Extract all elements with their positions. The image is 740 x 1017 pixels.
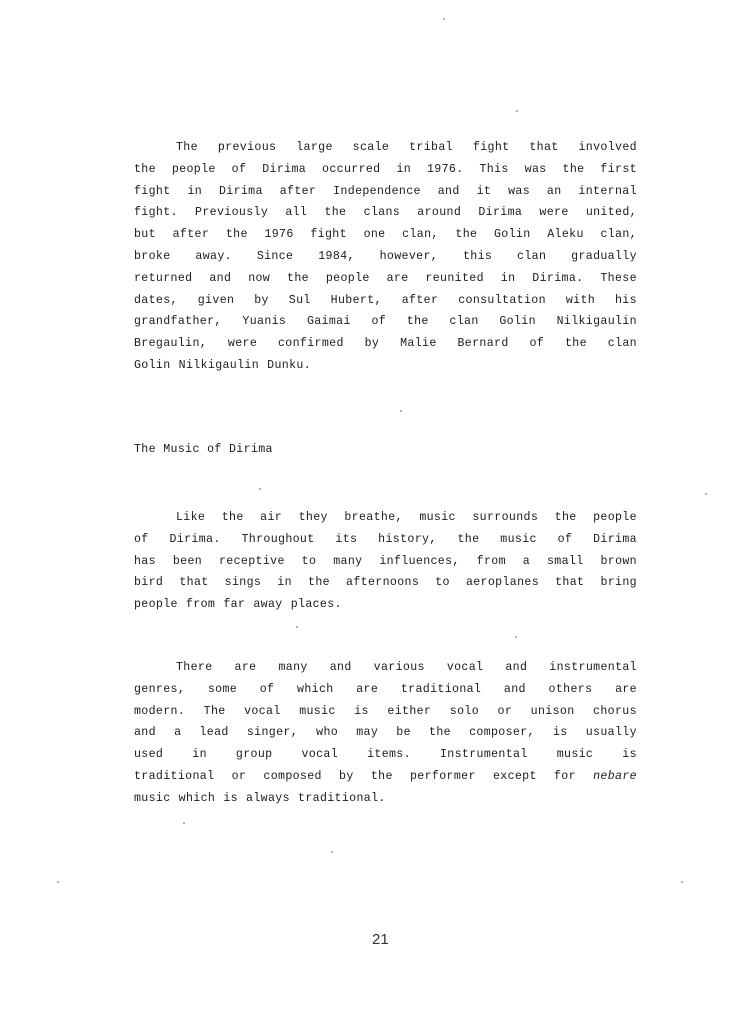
text-line: hasbeenreceptivetomanyinfluences,fromasm…: [134, 551, 637, 573]
scan-speck: [516, 110, 518, 112]
text-line: brokeaway.Since1984,however,thisclangrad…: [134, 246, 637, 268]
text-line: andaleadsinger,whomaybethecomposer,isusu…: [134, 722, 637, 744]
text-line: Liketheairtheybreathe,musicsurroundsthep…: [134, 507, 637, 529]
scan-speck: [183, 822, 185, 824]
text-line: fight.PreviouslyalltheclansaroundDirimaw…: [134, 202, 637, 224]
section-heading: The Music of Dirima: [134, 443, 273, 456]
text-line: Therearemanyandvariousvocalandinstrument…: [134, 657, 637, 679]
text-line: GolinNilkigaulinDunku.: [134, 355, 637, 377]
text-line: birdthatsingsintheafternoonstoaeroplanes…: [134, 572, 637, 594]
scan-speck: [57, 881, 59, 883]
text-line: musicwhichisalwaystraditional.: [134, 788, 637, 810]
text-line: grandfather,YuanisGaimaioftheclanGolinNi…: [134, 311, 637, 333]
scan-speck: [705, 493, 707, 495]
text-line: genres,someofwhicharetraditionalandother…: [134, 679, 637, 701]
scan-speck: [400, 410, 402, 412]
text-line: traditionalorcomposedbytheperformerexcep…: [134, 766, 637, 788]
text-line: dates,givenbySulHubert,afterconsultation…: [134, 290, 637, 312]
text-line: Thepreviouslargescaletribalfightthatinvo…: [134, 137, 637, 159]
text-line: fightinDirimaafterIndependenceanditwasan…: [134, 181, 637, 203]
scan-speck: [331, 851, 333, 853]
document-page: Thepreviouslargescaletribalfightthatinvo…: [0, 0, 740, 1017]
scan-speck: [515, 636, 517, 638]
scan-speck: [443, 18, 445, 20]
paragraph-tribal-fight: Thepreviouslargescaletribalfightthatinvo…: [134, 137, 637, 377]
text-line: returnedandnowthepeoplearereunitedinDiri…: [134, 268, 637, 290]
text-line: butafterthe1976fightoneclan,theGolinAlek…: [134, 224, 637, 246]
text-line: peoplefromfarawayplaces.: [134, 594, 637, 616]
text-line: Bregaulin,wereconfirmedbyMalieBernardoft…: [134, 333, 637, 355]
scan-speck: [259, 488, 261, 490]
page-number: 21: [372, 931, 389, 948]
text-line: usedingroupvocalitems.Instrumentalmusici…: [134, 744, 637, 766]
text-line: thepeopleofDirimaoccurredin1976.Thiswast…: [134, 159, 637, 181]
paragraph-music-intro: Liketheairtheybreathe,musicsurroundsthep…: [134, 507, 637, 616]
text-line: ofDirima.Throughoutitshistory,themusicof…: [134, 529, 637, 551]
paragraph-genres: Therearemanyandvariousvocalandinstrument…: [134, 657, 637, 810]
scan-speck: [681, 881, 683, 883]
scan-speck: [296, 626, 298, 628]
text-line: modern.Thevocalmusiciseithersoloorunison…: [134, 701, 637, 723]
